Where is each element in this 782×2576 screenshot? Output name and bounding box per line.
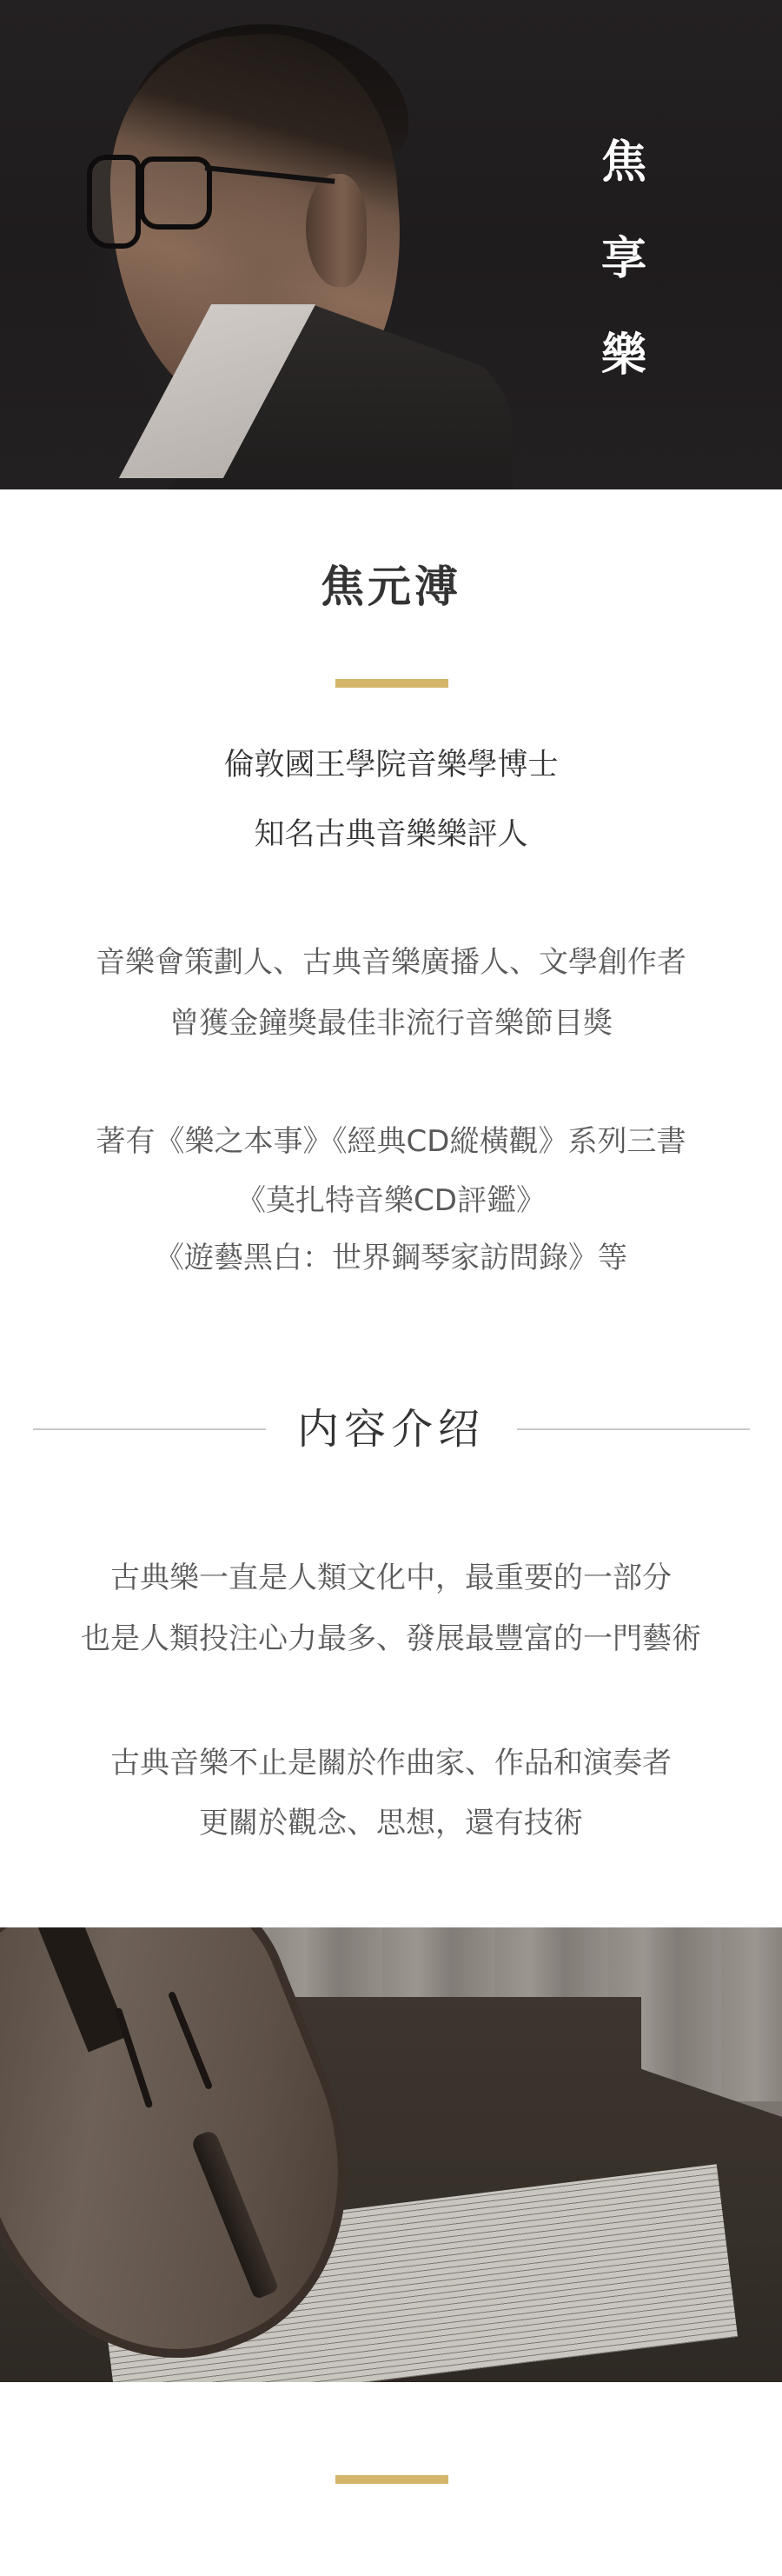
hero-portrait-image: 焦 享 樂 (0, 0, 782, 489)
gold-divider-bar (335, 2475, 448, 2484)
intro-line: 古典樂一直是人類文化中，最重要的一部分 (0, 1561, 782, 1595)
intro-line: 也是人類投注心力最多、發展最豐富的一門藝術 (0, 1621, 782, 1656)
intro-line: 古典音樂不止是關於作曲家、作品和演奏者 (0, 1746, 782, 1781)
credential-line: 知名古典音樂樂評人 (0, 817, 782, 852)
portrait-ear (306, 174, 367, 287)
vertical-title-char: 焦 (598, 115, 650, 211)
glasses-lens-left (87, 155, 141, 249)
author-name: 焦元溥 (0, 556, 782, 617)
gold-divider-bar (335, 679, 448, 688)
works-line: 著有《樂之本事》《經典CD縱橫觀》系列三書 (0, 1124, 782, 1159)
glasses-lens-right (139, 156, 212, 230)
violin-sheet-music-image (0, 1927, 782, 2382)
role-line: 音樂會策劃人、古典音樂廣播人、文學創作者 (0, 945, 782, 980)
vertical-title-char: 樂 (598, 308, 650, 404)
vertical-title: 焦 享 樂 (598, 115, 650, 404)
works-line: 《莫扎特音樂CD評鑑》 (0, 1183, 782, 1218)
divider-line-right (517, 1428, 750, 1430)
vertical-title-char: 享 (598, 211, 650, 308)
works-line: 《遊藝黑白：世界鋼琴家訪問錄》等 (0, 1241, 782, 1275)
role-line: 曾獲金鐘獎最佳非流行音樂節目獎 (0, 1006, 782, 1041)
credential-line: 倫敦國王學院音樂學博士 (0, 748, 782, 782)
intro-line: 更關於觀念、思想，還有技術 (0, 1806, 782, 1840)
section-header-intro: 内容介绍 (0, 1400, 782, 1461)
